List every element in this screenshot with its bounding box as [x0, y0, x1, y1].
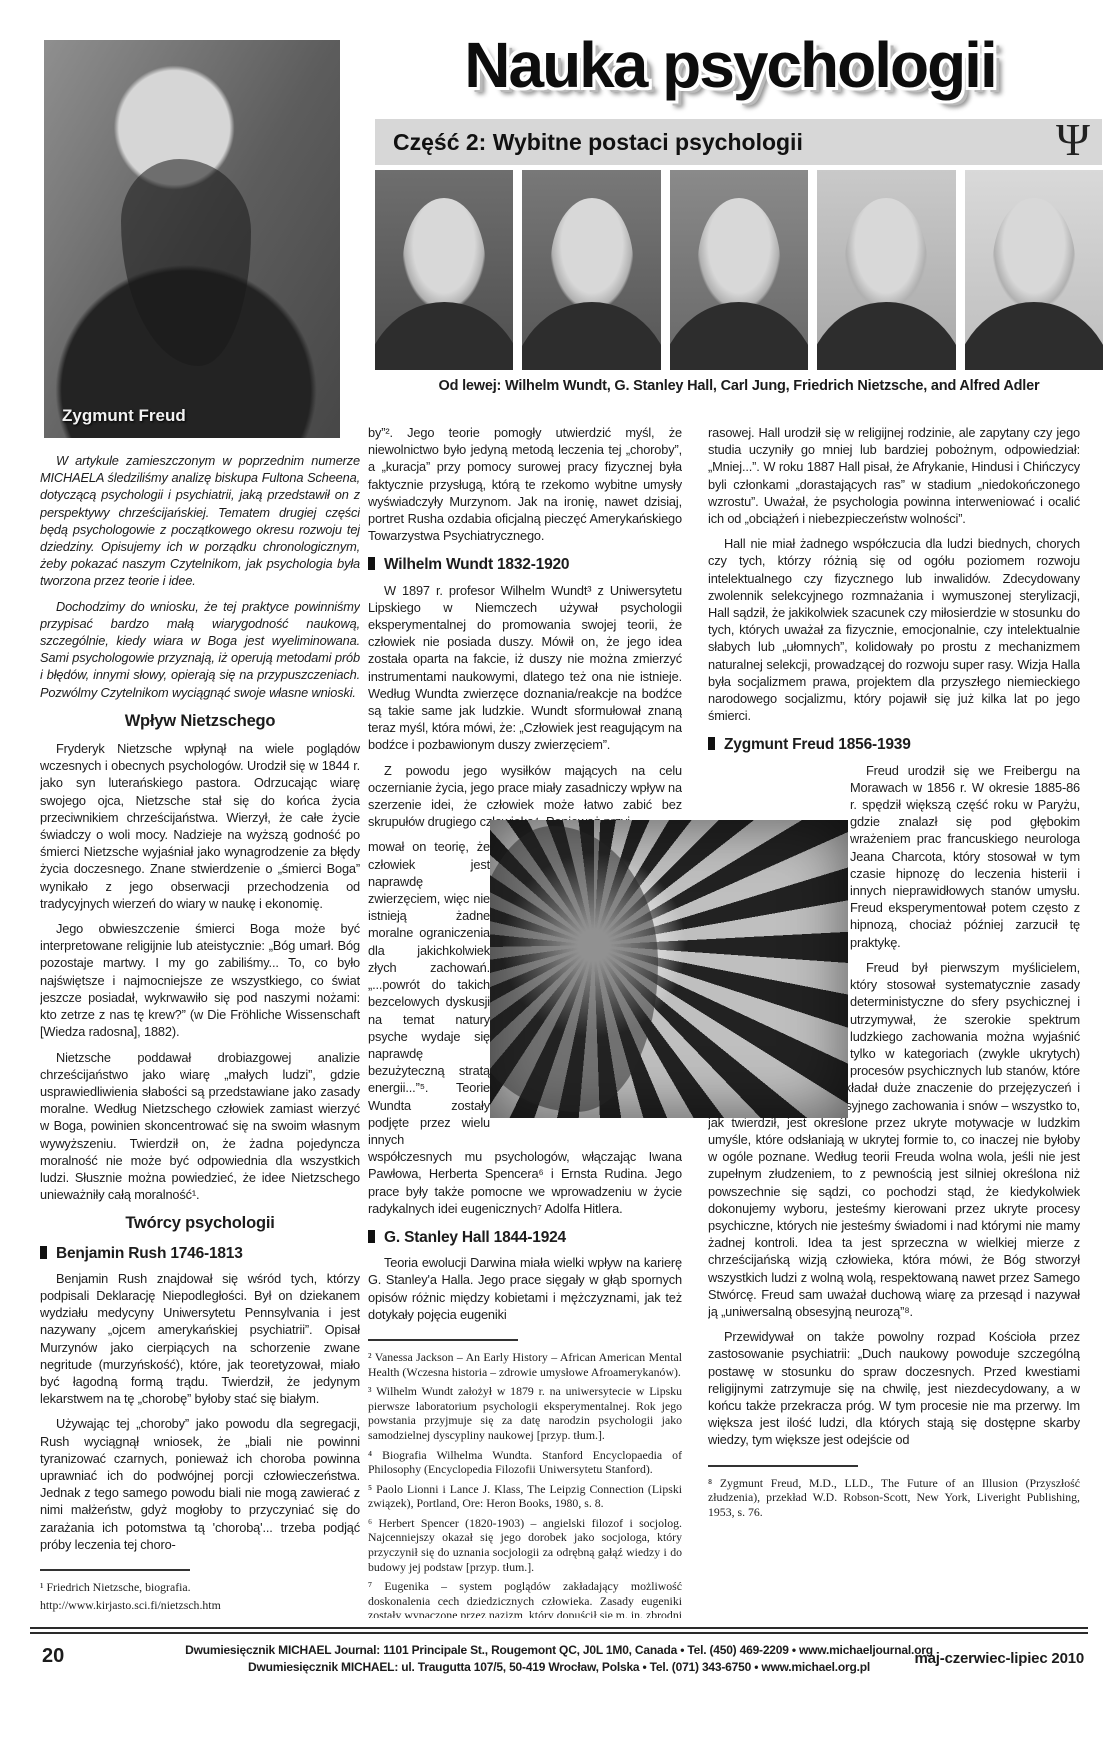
- subtitle-bar: Część 2: Wybitne postaci psychologii Ψ: [375, 119, 1102, 165]
- portraits-row: [375, 170, 1103, 370]
- footnote: ⁷ Eugenika – system poglądów zakładający…: [368, 1579, 682, 1618]
- portrait-photo-jung: [670, 170, 808, 370]
- footnote-rule: [368, 1339, 518, 1341]
- footnote-url: http://www.kirjasto.sci.fi/nietzsch.htm: [40, 1598, 360, 1613]
- paragraph: Teoria ewolucji Darwina miała wielki wpł…: [368, 1254, 682, 1323]
- paragraph: Używając tej „choroby” jako powodu dla s…: [40, 1415, 360, 1553]
- paragraph: Benjamin Rush znajdował się wśród tych, …: [40, 1270, 360, 1408]
- subtitle-text: Część 2: Wybitne postaci psychologii: [393, 119, 803, 165]
- paragraph: Hall nie miał żadnego współczucia dla lu…: [708, 535, 1080, 724]
- subsection-heading-text: Zygmunt Freud 1856-1939: [724, 736, 911, 753]
- freud-portrait-photo: Zygmunt Freud: [44, 40, 340, 438]
- paragraph: W 1897 r. profesor Wilhelm Wundt³ z Uniw…: [368, 582, 682, 754]
- paragraph: Dochodzimy do wniosku, że tej praktyce p…: [40, 598, 360, 701]
- subsection-heading-rush: Benjamin Rush 1746-1813: [40, 1245, 360, 1262]
- paragraph: Nietzsche poddawał drobiazgowej analizie…: [40, 1049, 360, 1204]
- paragraph: rasowej. Hall urodził się w religijnej r…: [708, 424, 1080, 527]
- subsection-heading-hall: G. Stanley Hall 1844-1924: [368, 1229, 682, 1246]
- footer-line1: Dwumiesięcznik MICHAEL Journal: 1101 Pri…: [179, 1642, 939, 1659]
- magazine-page: Zygmunt Freud Nauka psychologii Część 2:…: [0, 0, 1118, 1751]
- footer-issue-date: maj-czerwiec-lipiec 2010: [915, 1650, 1084, 1667]
- footer-line2: Dwumiesięcznik MICHAEL: ul. Traugutta 10…: [179, 1659, 939, 1676]
- subsection-heading-text: G. Stanley Hall 1844-1924: [384, 1229, 566, 1246]
- psi-icon: Ψ: [1056, 113, 1090, 166]
- freud-photo-caption: Zygmunt Freud: [62, 406, 186, 426]
- square-bullet-icon: [708, 737, 715, 750]
- section-heading-tworcy: Twórcy psychologii: [40, 1215, 360, 1232]
- footnote: ⁵ Paolo Lionni i Lance J. Klass, The Lei…: [368, 1482, 682, 1511]
- page-title: Nauka psychologii: [352, 28, 1108, 102]
- footer-publisher-info: Dwumiesięcznik MICHAEL Journal: 1101 Pri…: [179, 1642, 939, 1675]
- page-number: 20: [42, 1645, 64, 1668]
- portraits-caption: Od lewej: Wilhelm Wundt, G. Stanley Hall…: [375, 378, 1103, 394]
- subsection-heading-freud: Zygmunt Freud 1856-1939: [708, 736, 1080, 753]
- section-heading-nietzsche: Wpływ Nietzschego: [40, 713, 360, 730]
- column-left: W artykule zamieszczonym w poprzednim nu…: [40, 452, 360, 1618]
- footnote-rule: [708, 1465, 858, 1467]
- portrait-photo-hall: [522, 170, 660, 370]
- subsection-heading-text: Wilhelm Wundt 1832-1920: [384, 556, 569, 573]
- footnote: ² Vanessa Jackson – An Early History – A…: [368, 1350, 682, 1379]
- footnote: ⁴ Biografia Wilhelma Wundta. Stanford En…: [368, 1448, 682, 1477]
- subsection-heading-text: Benjamin Rush 1746-1813: [56, 1245, 243, 1262]
- footnote: ³ Wilhelm Wundt założył w 1879 r. na uni…: [368, 1384, 682, 1442]
- paragraph: W artykule zamieszczonym w poprzednim nu…: [40, 452, 360, 590]
- footnote: ⁸ Zygmunt Freud, M.D., LLD., The Future …: [708, 1476, 1080, 1520]
- paragraph: Jego obwieszczenie śmierci Boga może być…: [40, 920, 360, 1040]
- subsection-heading-wundt: Wilhelm Wundt 1832-1920: [368, 556, 682, 573]
- portrait-photo-adler: [965, 170, 1103, 370]
- square-bullet-icon: [40, 1246, 47, 1259]
- footnote: ¹ Friedrich Nietzsche, biografia.: [40, 1580, 360, 1595]
- paragraph: by”². Jego teorie pomogły utwierdzić myś…: [368, 424, 682, 544]
- paragraph: Fryderyk Nietzsche wpłynął na wiele pogl…: [40, 740, 360, 912]
- mystic-head-rays-image: [490, 820, 848, 1118]
- paragraph: Przewidywał on także powolny rozpad Kośc…: [708, 1328, 1080, 1448]
- intro-block: W artykule zamieszczonym w poprzednim nu…: [40, 452, 360, 701]
- portrait-photo-nietzsche: [817, 170, 955, 370]
- square-bullet-icon: [368, 1230, 375, 1243]
- portrait-photo-wundt: [375, 170, 513, 370]
- footer-double-rule: [30, 1627, 1088, 1634]
- footnote-rule: [40, 1569, 190, 1571]
- square-bullet-icon: [368, 557, 375, 570]
- footnote: ⁶ Herbert Spencer (1820-1903) – angielsk…: [368, 1516, 682, 1574]
